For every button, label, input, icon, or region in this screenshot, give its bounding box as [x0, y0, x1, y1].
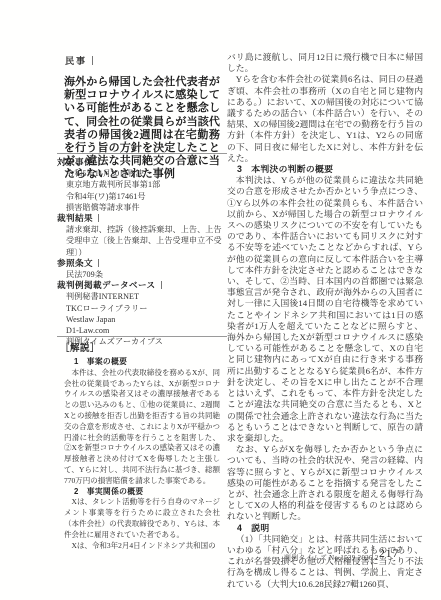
label-text: 対象事件 [57, 157, 93, 167]
label-text: 参照条文 [57, 258, 93, 268]
body-paragraph-continuation: バリ島に渡航し、同月12日に飛行機で日本に帰国した。 [227, 52, 423, 74]
body-paragraph: 本件は、会社の代表取締役を務めるXが、同会社の従業員であったYらは、Xが新型コロ… [64, 368, 220, 487]
section-heading-4: 4 説明 [227, 523, 423, 534]
body-paragraph: Yらを含む本件会社の従業員6名は、同日の昼過ぎ頃、本件会社の事務所（Xの自宅と同… [227, 74, 423, 164]
case-info-item: 損害賠償等請求事件 [57, 202, 227, 213]
divider-commentary-rule [57, 336, 227, 337]
label-divider-bar [98, 214, 99, 222]
label-text: 裁判結果 [57, 213, 93, 223]
category-text: 民事 [65, 56, 87, 66]
case-info-label-databases: 裁判例掲載データベース [57, 280, 227, 291]
body-paragraph: なお、YらがXを侮辱したか否かという争点についても、当時の社会的状況や、発言の経… [227, 444, 423, 522]
commentary-left-column: 1 事案の概要 本件は、会社の代表取締役を務めるXが、同会社の従業員であったYら… [64, 357, 220, 551]
body-paragraph: Xは、令和3年2月4日インドネシア共和国の [64, 541, 220, 552]
footer-divider-bar [372, 545, 373, 569]
case-info-item: 令和4年(ワ)第17461号 [57, 191, 227, 202]
commentary-title: ［解説］ [60, 340, 100, 354]
label-text: 裁判例掲載データベース [57, 280, 156, 290]
database-item: 判例秘書INTERNET [57, 291, 227, 302]
case-info-item: 東京地方裁判所民事第1部 [57, 179, 227, 190]
section-heading-1: 1 事案の概要 [64, 357, 220, 368]
category-label: 民事 [65, 54, 93, 67]
section-heading-3: 3 本判決の判断の概要 [227, 164, 423, 175]
footer-page-number: 217 [379, 548, 399, 560]
database-item: D1-Law.com [57, 325, 227, 336]
body-paragraph: 本判決は、Yらが他の従業員らに違法な共同絶交の合意を形成させたか否かという争点に… [227, 175, 423, 444]
database-item: Westlaw Japan [57, 314, 227, 325]
journal-page: 民事 海外から帰国した会社代表者が新型コロナウイルスに感染している可能性があるこ… [0, 0, 441, 600]
category-divider-bar [92, 56, 93, 65]
case-info-label-statutes: 参照条文 [57, 258, 227, 269]
label-divider-bar [98, 259, 99, 267]
database-item: TKCローライブラリー [57, 303, 227, 314]
label-divider-bar [161, 281, 162, 289]
body-paragraph: Xは、タレント活動等を行う自身のマネージメント事業等を行うために設立された会社（… [64, 497, 220, 540]
footer-journal-info: 判例タイムズ No.1539 2026.2 [284, 552, 379, 562]
case-info-label-result: 裁判結果 [57, 213, 227, 224]
case-info-item: 請求棄却、控訴（後控訴棄却、上告、上告受理申立〔後上告棄却、上告受理申立不受理〕… [57, 224, 227, 258]
label-divider-bar [98, 158, 99, 166]
case-info-label-target-case: 対象事件 [57, 157, 227, 168]
divider-top-rule [57, 153, 227, 154]
section-heading-2: 2 事実関係の概要 [64, 487, 220, 498]
commentary-right-column: バリ島に渡航し、同月12日に飛行機で日本に帰国した。 Yらを含む本件会社の従業員… [227, 52, 423, 590]
case-info-item: 民法709条 [57, 269, 227, 280]
case-info-panel: 対象事件 令和5年11月30日判決 東京地方裁判所民事第1部 令和4年(ワ)第1… [57, 157, 227, 347]
case-info-item: 令和5年11月30日判決 [57, 168, 227, 179]
